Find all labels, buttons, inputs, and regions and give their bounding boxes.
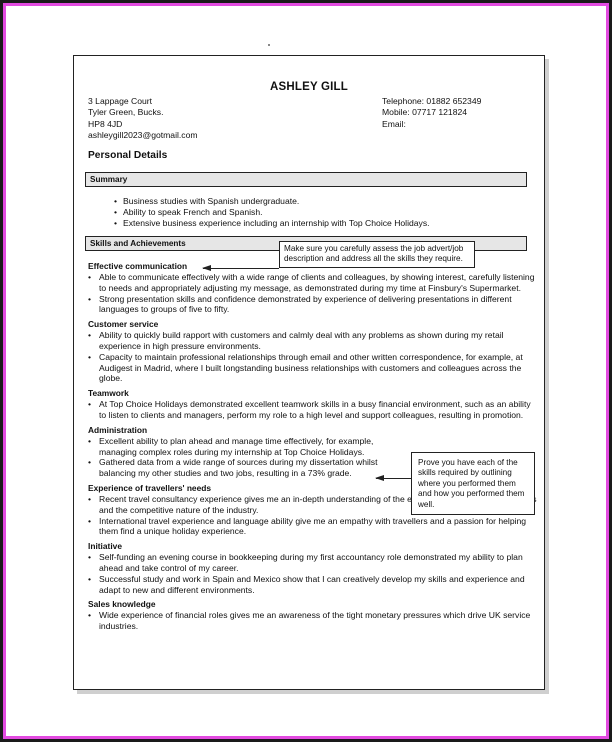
arrow-left-icon	[376, 478, 411, 479]
contact-block: Telephone: 01882 652349 Mobile: 07717 12…	[382, 96, 481, 130]
telephone: Telephone: 01882 652349	[382, 96, 481, 107]
summary-item: Extensive business experience including …	[114, 218, 430, 229]
skill-group-customer-service: Customer service Ability to quickly buil…	[88, 319, 538, 384]
cv-page: ASHLEY GILL 3 Lappage Court Tyler Green,…	[73, 55, 545, 690]
skill-item: Self-funding an evening course in bookke…	[88, 552, 538, 574]
address-block: 3 Lappage Court Tyler Green, Bucks. HP8 …	[88, 96, 198, 141]
skill-group-title: Sales knowledge	[88, 599, 538, 610]
summary-item: Business studies with Spanish undergradu…	[114, 196, 430, 207]
skill-group-initiative: Initiative Self-funding an evening cours…	[88, 541, 538, 595]
address-line: Tyler Green, Bucks.	[88, 107, 198, 118]
skill-item: Wide experience of financial roles gives…	[88, 610, 538, 632]
skill-group-communication: Effective communication Able to communic…	[88, 261, 538, 315]
skill-group-title: Administration	[88, 425, 538, 436]
skill-group-sales-knowledge: Sales knowledge Wide experience of finan…	[88, 599, 538, 632]
skill-item: Able to communicate effectively with a w…	[88, 272, 538, 294]
cv-name: ASHLEY GILL	[74, 81, 544, 93]
summary-item: Ability to speak French and Spanish.	[114, 207, 430, 218]
summary-list: Business studies with Spanish undergradu…	[114, 196, 430, 230]
skill-item: Strong presentation skills and confidenc…	[88, 294, 538, 316]
address-line: 3 Lappage Court	[88, 96, 198, 107]
email-address: ashleygill2023@gotmail.com	[88, 130, 198, 141]
skills-list: Effective communication Able to communic…	[88, 261, 538, 636]
personal-details-heading: Personal Details	[88, 150, 167, 161]
callout-prove-skills: Prove you have each of the skills requir…	[411, 452, 535, 515]
arrow-left-icon	[203, 268, 279, 269]
skill-item: International travel experience and lang…	[88, 516, 538, 538]
skill-item: At Top Choice Holidays demonstrated exce…	[88, 399, 538, 421]
skill-group-title: Teamwork	[88, 388, 538, 399]
skill-item: Gathered data from a wide range of sourc…	[88, 457, 397, 479]
stray-dot	[268, 44, 270, 46]
callout-job-advert: Make sure you carefully assess the job a…	[279, 241, 475, 268]
address-line: HP8 4JD	[88, 119, 198, 130]
skill-group-title: Customer service	[88, 319, 538, 330]
skill-item: Ability to quickly build rapport with cu…	[88, 330, 538, 352]
skill-group-teamwork: Teamwork At Top Choice Holidays demonstr…	[88, 388, 538, 421]
mobile: Mobile: 07717 121824	[382, 107, 481, 118]
summary-section-bar: Summary	[85, 172, 527, 187]
skill-group-title: Initiative	[88, 541, 538, 552]
skill-item: Excellent ability to plan ahead and mana…	[88, 436, 397, 458]
email-label: Email:	[382, 119, 481, 130]
skill-item: Capacity to maintain professional relati…	[88, 352, 538, 384]
skill-item: Successful study and work in Spain and M…	[88, 574, 538, 596]
